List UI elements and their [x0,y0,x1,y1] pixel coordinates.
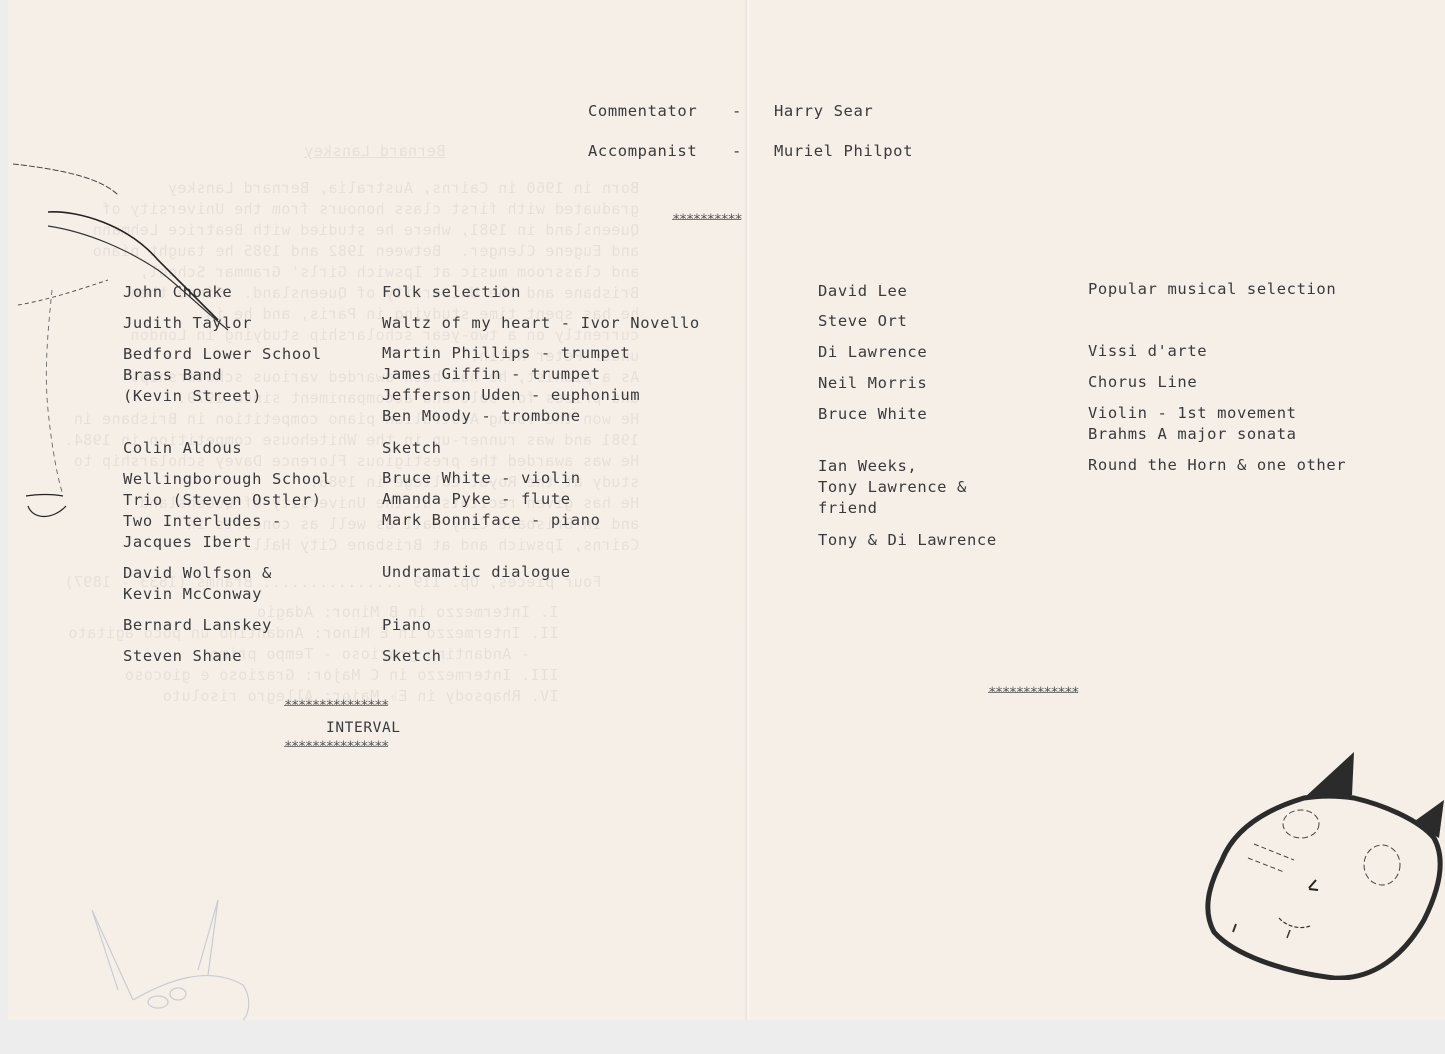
left-program-performer: Steven Shane [123,646,242,667]
pen-lines-left-margin-icon [8,150,308,530]
divider-stars-top: ********** [672,210,741,231]
paper-fold [744,0,750,1020]
credit-role-accompanist: Accompanist [588,141,697,162]
left-program-item: Sketch [382,646,442,667]
right-program-performer: Neil Morris [818,373,927,394]
pencil-cat-sketch-icon [78,890,278,1020]
show-through-heading: Bernard Lanskey [304,141,445,162]
credit-name-accompanist: Muriel Philpot [774,141,913,162]
left-program-item: Folk selection [382,282,521,303]
interval-stars-below: *************** [284,737,388,758]
interval-label: INTERVAL [326,718,401,739]
programme-sheet: Bernard Lanskey Born in 1960 in Cairns, … [8,0,1445,1020]
right-program-performer: Di Lawrence [818,342,927,363]
right-program-performer: Steve Ort [818,311,907,332]
left-program-item: Piano [382,615,432,636]
left-program-item: Sketch [382,438,442,459]
right-program-item: Vissi d'arte [1088,341,1207,362]
left-program-item: Waltz of my heart - Ivor Novello [382,313,700,334]
right-program-item: Violin - 1st movement Brahms A major son… [1088,403,1297,445]
credit-dash: - [732,141,742,162]
right-program-item: Popular musical selection [1088,279,1336,300]
right-program-performer: Ian Weeks, Tony Lawrence & friend [818,456,967,519]
left-program-item: Bruce White - violin Amanda Pyke - flute… [382,468,601,531]
credit-name-commentator: Harry Sear [774,101,873,122]
right-program-performer: Tony & Di Lawrence [818,530,997,551]
cat-face-drawing-icon [1184,740,1445,980]
right-program-item: Round the Horn & one other [1088,455,1346,476]
credit-dash: - [732,101,742,122]
right-program-performer: Bruce White [818,404,927,425]
right-program-performer: David Lee [818,281,907,302]
right-program-item: Chorus Line [1088,372,1197,393]
divider-stars-end: ************* [988,683,1078,704]
credit-role-commentator: Commentator [588,101,697,122]
interval-stars-above: *************** [284,696,388,717]
left-program-item: Martin Phillips - trumpet James Giffin -… [382,343,640,427]
left-program-performer: Bernard Lanskey [123,615,272,636]
left-program-performer: David Wolfson & Kevin McConway [123,563,272,605]
left-program-item: Undramatic dialogue [382,562,571,583]
